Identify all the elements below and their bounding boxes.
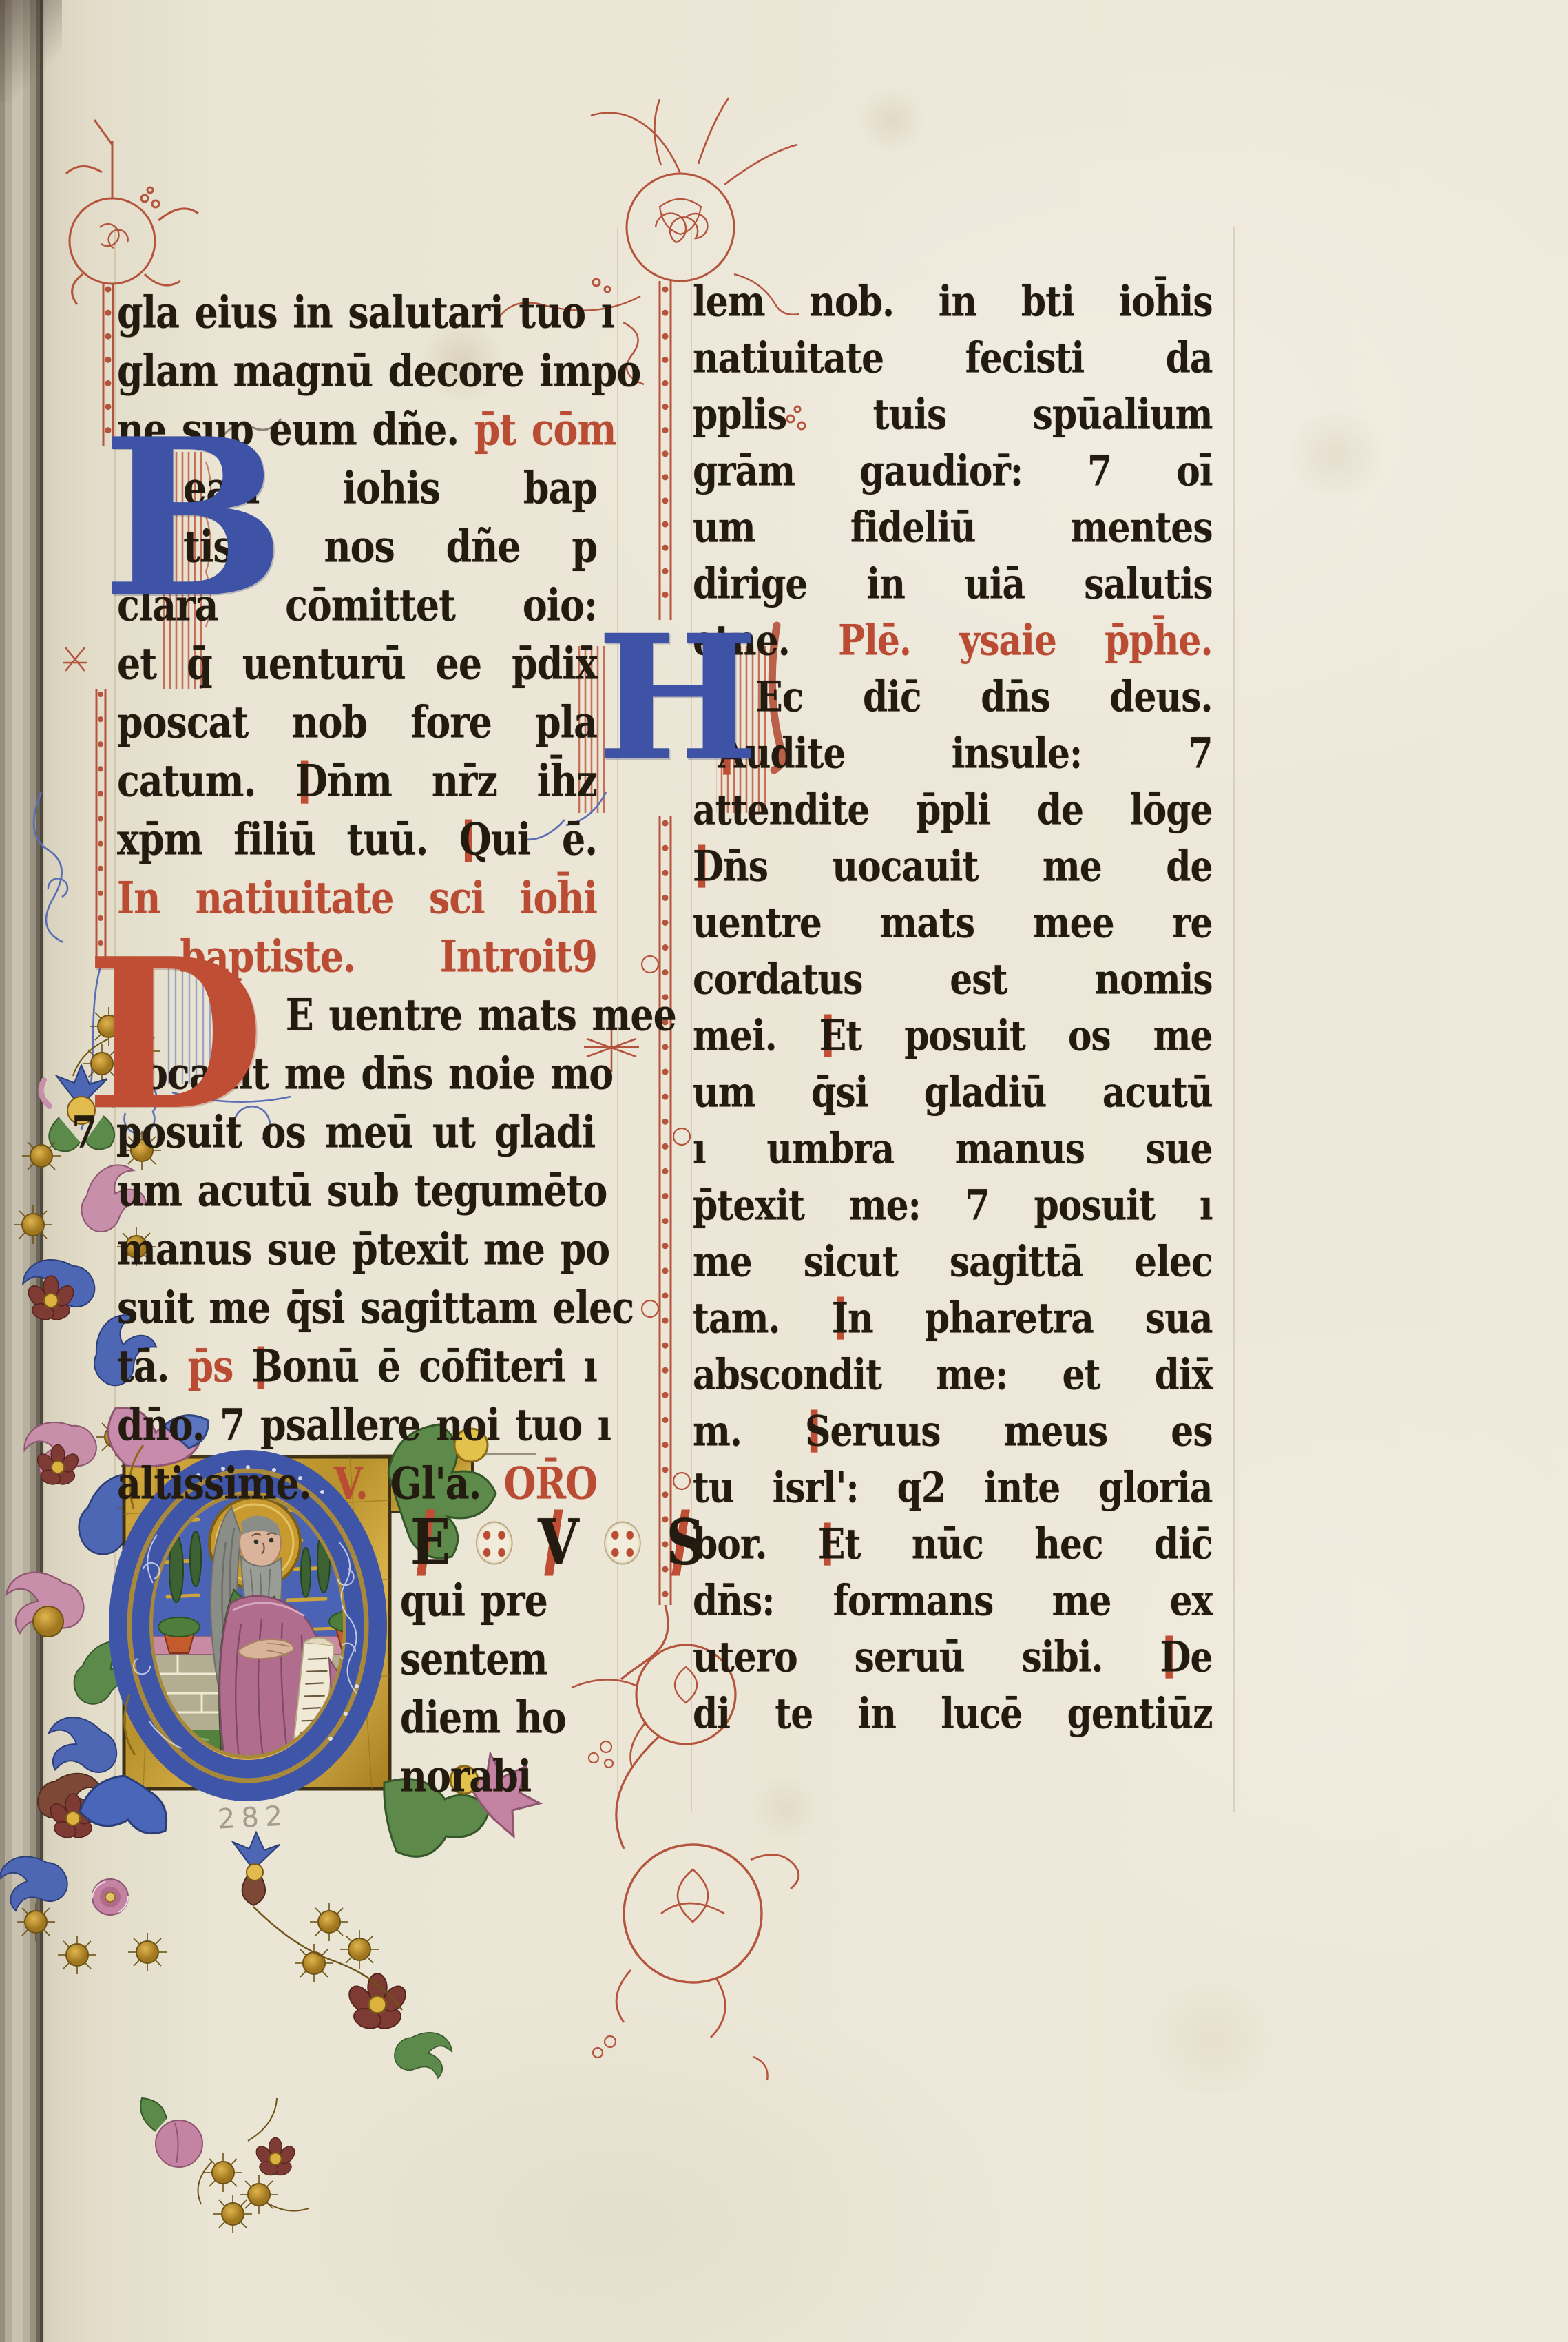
rubricated-capital: I [832,1293,848,1343]
text-run: ui ē. [491,814,597,866]
rubric-run: Plē. ysaie p̄ph̄e. [838,615,1212,665]
text-line: dirige in uiā salutis [693,552,1213,616]
text-run: grām gaudior̄: 7 oī [693,446,1213,495]
text-line: me sicut sagittā elec [693,1230,1213,1294]
text-line: manus sue p̄texit me po [117,1216,597,1283]
text-line: EVS [408,1509,707,1575]
text-run: dn̄o. 7 psallere noi tuo ı [117,1400,611,1451]
text-line: lem nob. in bti ioh̄is [693,269,1213,333]
text-run: di te in lucē gentiūz [693,1688,1213,1738]
text-run: bor. [693,1519,818,1568]
rubric-run: p̄t cōm [474,404,616,456]
initial-beati: B [102,411,285,628]
text-run: sentem [400,1634,547,1686]
text-line: tā. p̄s Bonū ē cōfiteri ı [117,1334,597,1400]
text-run: diem ho [400,1692,566,1744]
text-run: ı umbra manus sue [693,1123,1213,1173]
text-line: bor. Et nūc hec dic̄ [693,1512,1213,1576]
text-run: t nūc hec dic̄ [845,1519,1213,1568]
text-line: poscat nob fore pla [117,690,597,756]
text-line: um q̄si gladiū acutū [693,1060,1213,1124]
rubricated-capital: D [693,841,723,891]
text-run: udite insule: 7 [745,728,1213,778]
text-line: ı umbra manus sue [693,1117,1213,1181]
text-run: abscondit me: et dix̄ [693,1349,1213,1399]
text-run: mei. [693,1011,819,1060]
cadel-letter: V [535,1509,581,1575]
text-line: um fideliū mentes [693,495,1213,559]
rubric-run: OR̄O [503,1458,596,1510]
text-run: e [1191,1632,1213,1681]
text-line: diem ho [117,1685,597,1751]
text-run: um q̄si gladiū acutū [693,1067,1213,1117]
cadel-letter: E [408,1509,452,1575]
text-line: altissime. V. Gl'a. OR̄O [117,1451,597,1517]
text-line: Ec dic̄ dn̄s deus. [693,665,1213,729]
text-line: tu isrl': q2 inte gloria [693,1455,1213,1520]
text-run: tam. [693,1293,832,1343]
text-run: dirige in uiā salutis [693,559,1213,608]
text-run: me sicut sagittā elec [693,1236,1213,1286]
folio-number: 282 [217,1800,290,1835]
penwork-flower-icon [604,1521,641,1564]
text-line: m. Seruus meus es [693,1399,1213,1463]
text-run: cordatus est nomis [693,954,1213,1004]
text-line: di te in lucē gentiūz [693,1681,1213,1745]
text-line: dn̄o. 7 psallere noi tuo ı [117,1392,597,1458]
text-line: utero seruū sibi. De [693,1625,1213,1689]
rubricated-capital: S [805,1406,830,1455]
text-line: mei. Et posuit os me [693,1004,1213,1068]
manuscript-page: B D H gla eius in salutari tuo ıglam mag… [0,0,1568,2342]
text-line: suit me q̄si sagittam elec [117,1275,597,1341]
text-run: E uentre mats mee [286,990,676,1042]
text-line: grām gaudior̄: 7 oī [693,439,1213,503]
rubric-run: p̄s [187,1341,251,1393]
text-line: xp̄m filiū tuū. Qui ē. [117,807,597,873]
text-line: natiuitate fecisti da [693,326,1213,390]
text-run: n̄s uocauit me de [723,841,1213,891]
text-run: eruus meus es [830,1406,1212,1455]
text-run: n pharetra sua [848,1293,1213,1343]
text-run: dn̄s: formans me ex [693,1575,1213,1625]
text-line: pplis tuis spūalium [693,382,1213,446]
text-run: norabi [400,1751,531,1803]
text-run: utero seruū sibi. [693,1632,1160,1681]
text-run: n̄m nr̄z ih̄z [327,756,597,807]
text-line: sentem [117,1626,597,1692]
text-run: pplis tuis spūalium [693,389,1213,439]
penwork-flower-icon [475,1521,512,1564]
text-run: qui pre [400,1575,547,1627]
text-line: uentre mats mee re [693,891,1213,955]
rubric-run: V. [334,1458,390,1510]
text-run: lem nob. in bti ioh̄is [693,276,1213,326]
text-line: cordatus est nomis [693,947,1213,1011]
text-run: gla eius in salutari tuo ı [117,287,614,339]
text-line: tam. In pharetra sua [693,1286,1213,1350]
text-line: attendite p̄pli de lōge [693,778,1213,842]
text-line: catum. Dn̄m nr̄z ih̄z [117,748,597,814]
text-line: etne. Plē. ysaie p̄ph̄e. [693,608,1213,672]
text-line: gla eius in salutari tuo ı [117,280,597,346]
initial-de-ventre: D [85,931,264,1138]
text-line: norabi [117,1743,597,1810]
text-run: onū ē cōfiteri ı [282,1341,597,1393]
text-run: uentre mats mee re [693,898,1213,947]
rubricated-capital: D [295,756,327,807]
text-run: altissime. [117,1458,334,1510]
text-run: Gl'a. [390,1458,504,1510]
right-text-column: lem nob. in bti ioh̄isnatiuitate fecisti… [693,273,1234,1741]
text-line: um acutū sub tegumēto [117,1158,597,1224]
text-run: Ec dic̄ dn̄s deus. [755,672,1212,721]
rubricated-capital: E [818,1519,845,1568]
text-run: poscat nob fore pla [117,697,597,749]
text-run: tā. [117,1341,187,1393]
text-run: m. [693,1406,805,1455]
rubricated-capital: E [819,1011,846,1060]
text-run: catum. [117,756,295,807]
text-line: Dn̄s uocauit me de [693,834,1213,898]
text-run: t posuit os me [846,1011,1212,1060]
text-line: abscondit me: et dix̄ [693,1343,1213,1407]
rubricated-capital: Q [459,814,491,866]
text-run: um fideliū mentes [693,502,1213,552]
text-run: glam magnū decore impo [117,346,640,397]
text-run: um acutū sub tegumēto [117,1165,607,1217]
text-run: tu isrl': q2 inte gloria [693,1462,1213,1512]
text-line: dn̄s: formans me ex [693,1568,1213,1633]
text-run: attendite p̄pli de lōge [693,785,1213,834]
text-run: manus sue p̄texit me po [117,1224,609,1276]
rubricated-capital: B [251,1341,282,1393]
rubricated-capital: D [1160,1632,1191,1681]
text-line: qui pre [117,1568,597,1634]
text-run: suit me q̄si sagittam elec [117,1283,634,1334]
text-line: p̄texit me: 7 posuit ı [693,1173,1213,1237]
text-line: Audite insule: 7 [693,721,1213,785]
text-run: xp̄m filiū tuū. [117,814,459,866]
initial-hec-dicit: H [596,612,759,784]
text-run: p̄texit me: 7 posuit ı [693,1180,1213,1230]
text-run: natiuitate fecisti da [693,333,1213,382]
